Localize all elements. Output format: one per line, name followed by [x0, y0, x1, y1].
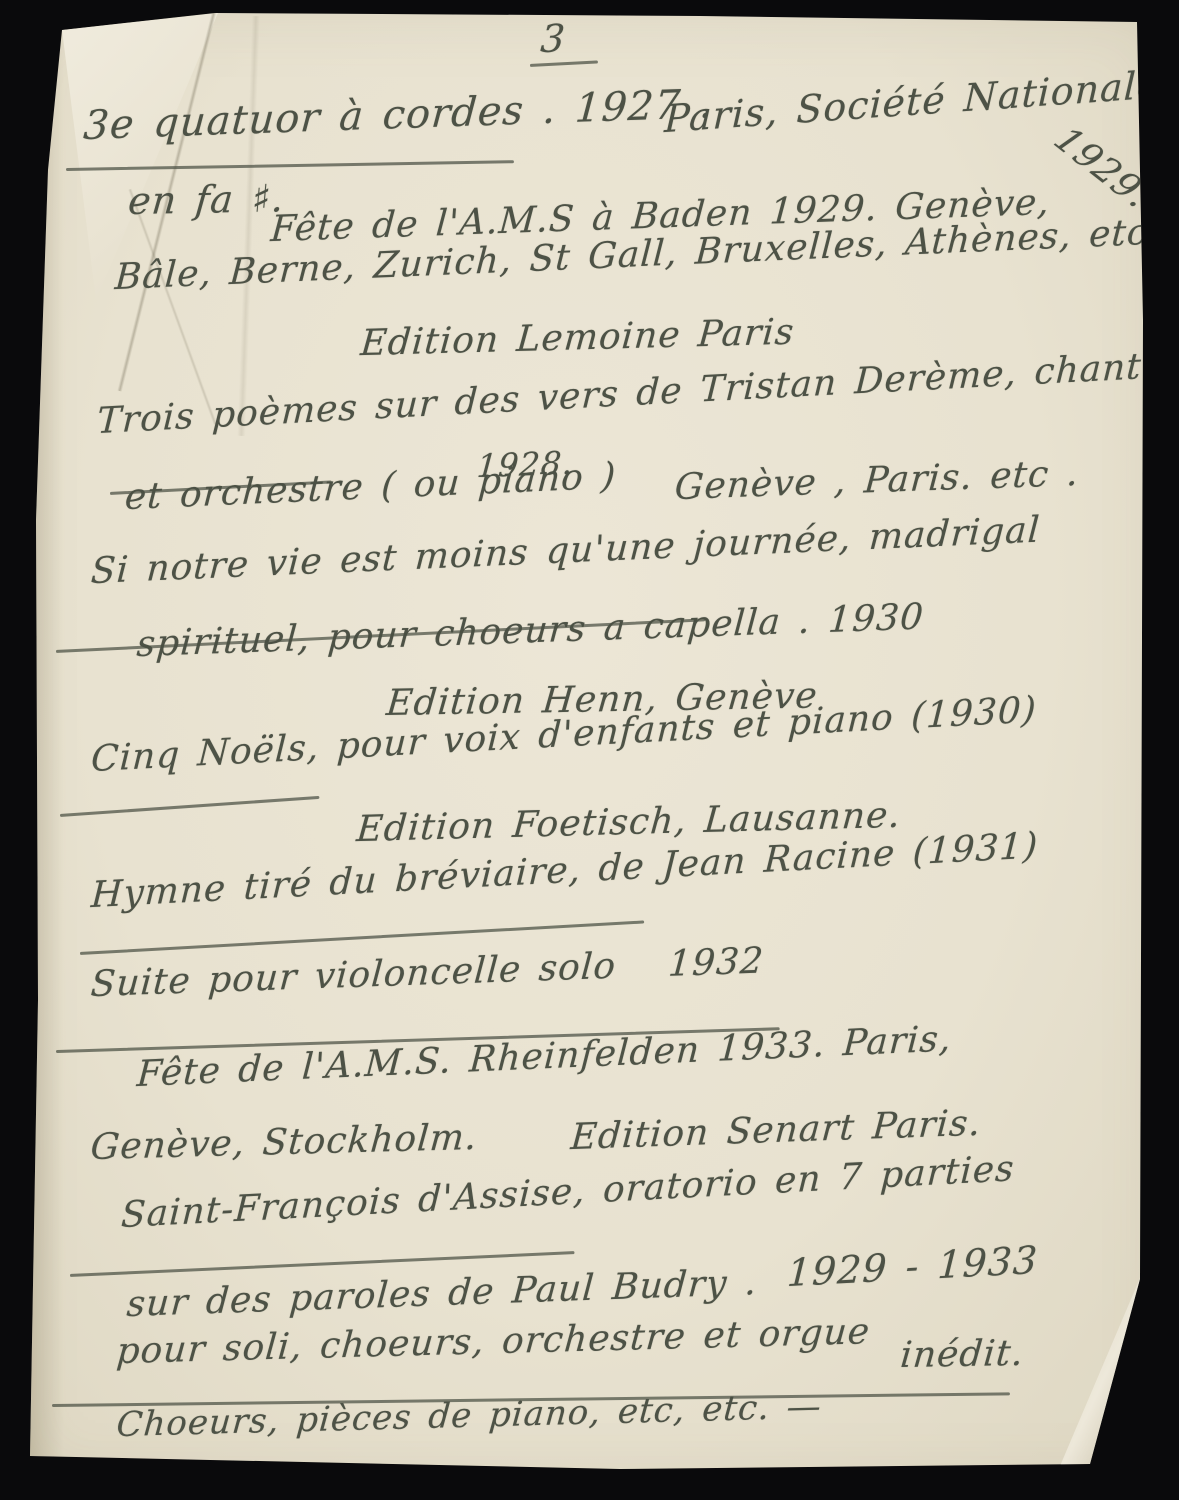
paper-edge-shading	[30, 30, 64, 1460]
photo-background: 3 3e quatuor à cordes . 1927 . Paris, So…	[0, 0, 1179, 1500]
handwritten-line-inedit: inédit.	[899, 1336, 1026, 1374]
handwritten-line-suite-violoncelle: Suite pour violoncelle solo 1932	[89, 943, 765, 1003]
handwritten-line-en-fa-diese: en fa ♯.	[127, 179, 287, 220]
paper-fold-bottom-right	[1040, 1270, 1150, 1480]
handwritten-line-1929-1933: 1929 - 1933	[786, 1241, 1039, 1292]
paper-crease	[237, 16, 260, 436]
handwritten-line-trois-poemes: Trois poèmes sur des vers de Tristan Der…	[96, 349, 1143, 440]
manuscript-page: 3 3e quatuor à cordes . 1927 . Paris, So…	[0, 0, 1179, 1500]
underline-cinq-noels	[60, 796, 320, 817]
handwritten-line-geneve-stockholm: Genève, Stockholm.	[89, 1120, 479, 1166]
page-number-underline	[530, 60, 598, 67]
handwritten-line-paroles-budry: sur des paroles de Paul Budry .	[125, 1265, 758, 1323]
handwritten-line-si-notre-vie: Si notre vie est moins qu'une journée, m…	[90, 513, 1041, 591]
handwritten-line-fete-rheinfelden: Fête de l'A.M.S. Rheinfelden 1933. Paris…	[136, 1021, 953, 1093]
handwritten-line-geneve-paris: Genève , Paris. etc .	[673, 456, 1080, 506]
page-number: 3	[539, 19, 567, 58]
handwritten-line-societe-nationale: Paris, Société Nationale	[664, 65, 1161, 138]
handwritten-line-1929-diagonal: 1929.	[1047, 122, 1157, 215]
handwritten-line-pour-soli: pour soli, choeurs, orchestre et orgue	[115, 1314, 871, 1370]
handwritten-line-edition-senart: Edition Senart Paris.	[569, 1106, 982, 1156]
handwritten-line-edition-lemoine: Edition Lemoine Paris	[359, 315, 796, 362]
handwritten-line-spirituel-capella: spirituel, pour choeurs a capella . 1930	[135, 600, 925, 664]
